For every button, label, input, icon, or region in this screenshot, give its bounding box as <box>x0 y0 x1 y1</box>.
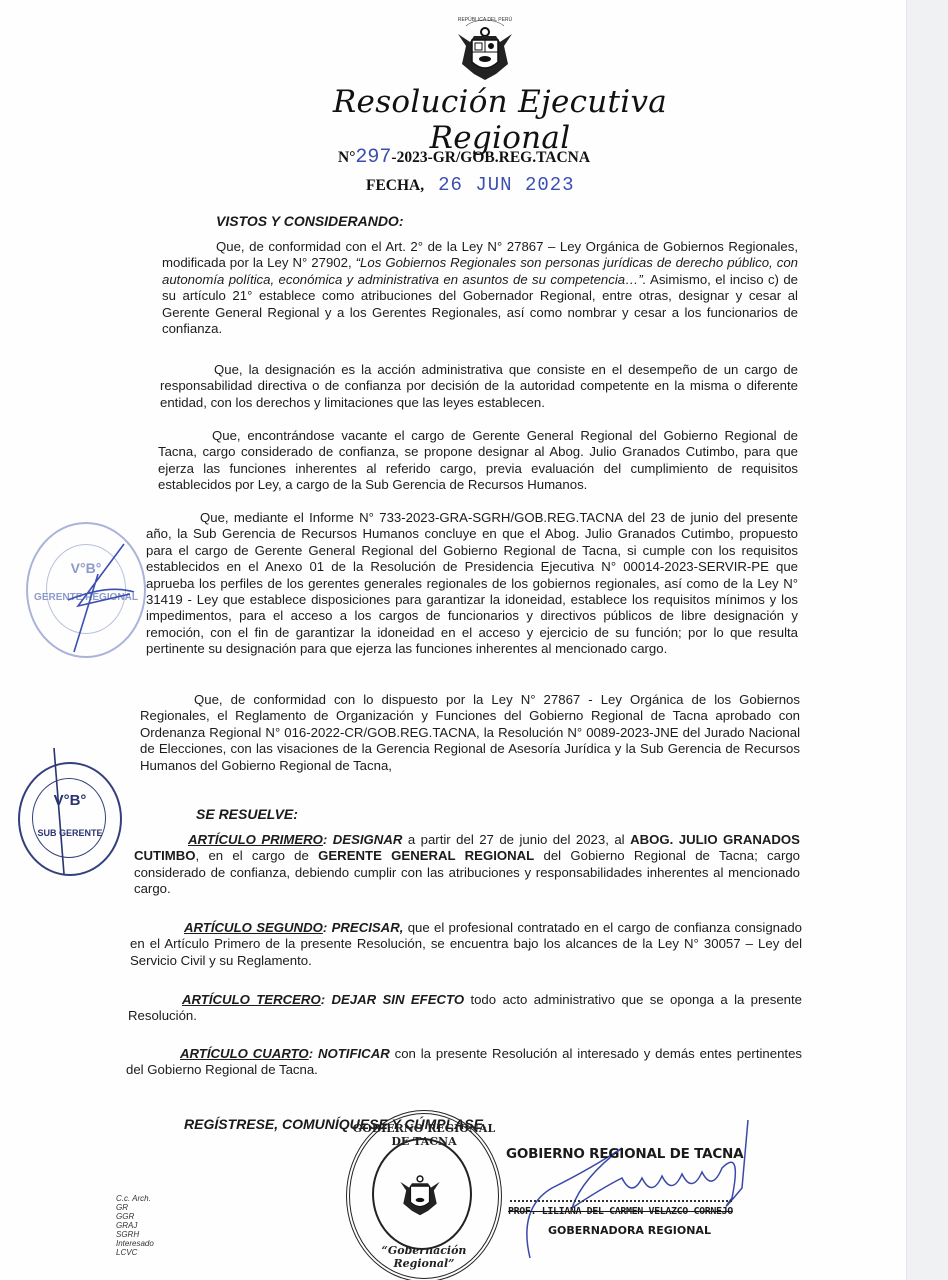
articulo-primero: ARTÍCULO PRIMERO: DESIGNAR a partir del … <box>134 832 800 898</box>
seal-gobernacion-regional: GOBIERNO REGIONAL DE TACNA “Gobernación … <box>346 1110 502 1280</box>
considerando-2: Que, la designación es la acción adminis… <box>160 362 798 411</box>
articulo-tercero: ARTÍCULO TERCERO: DEJAR SIN EFECTO todo … <box>128 992 802 1025</box>
svg-text:REPÚBLICA DEL PERÚ: REPÚBLICA DEL PERÚ <box>458 16 513 23</box>
document-page: REPÚBLICA DEL PERÚ Resolución Ejecutiva … <box>0 0 906 1280</box>
handwritten-signature-icon <box>512 1118 772 1268</box>
considerando-3: Que, encontrándose vacante el cargo de G… <box>158 428 798 494</box>
signatory-name: PROF. LILIANA DEL CARMEN VELAZCO CORNEJO <box>508 1206 733 1217</box>
articulo-segundo: ARTÍCULO SEGUNDO: PRECISAR, que el profe… <box>130 920 802 969</box>
handwritten-number: 297 <box>355 146 391 169</box>
considerando-1: Que, de conformidad con el Art. 2° de la… <box>162 239 798 337</box>
signatory-role: GOBERNADORA REGIONAL <box>548 1224 711 1237</box>
date-stamp: 26 JUN 2023 <box>438 174 574 196</box>
heading-vistos: VISTOS Y CONSIDERANDO: <box>216 213 403 229</box>
stamp-recursos-humanos: V°B° SUB GERENTE <box>18 762 122 876</box>
resolution-number: N°297-2023-GR/GOB.REG.TACNA <box>338 146 590 169</box>
coat-of-arms-icon: REPÚBLICA DEL PERÚ <box>452 12 518 84</box>
initials-scribble-icon <box>38 534 148 654</box>
initials-scribble-icon <box>20 744 120 884</box>
stamp-asesoria-juridica: V°B° GERENTE REGIONAL <box>26 522 146 658</box>
side-panel <box>906 0 948 1280</box>
resolution-date: FECHA,26 JUN 2023 <box>366 174 575 196</box>
articulo-cuarto: ARTÍCULO CUARTO: NOTIFICAR con la presen… <box>126 1046 802 1079</box>
heading-resuelve: SE RESUELVE: <box>196 806 298 822</box>
coat-of-arms-icon <box>396 1160 444 1224</box>
considerando-5: Que, de conformidad con lo dispuesto por… <box>140 692 800 774</box>
signature-line <box>510 1200 732 1202</box>
considerando-4: Que, mediante el Informe N° 733-2023-GRA… <box>146 510 798 658</box>
signatory-organization: GOBIERNO REGIONAL DE TACNA <box>506 1146 743 1162</box>
copies-list: C.c. Arch. GR GGR GRAJ SGRH Interesado L… <box>116 1194 154 1257</box>
